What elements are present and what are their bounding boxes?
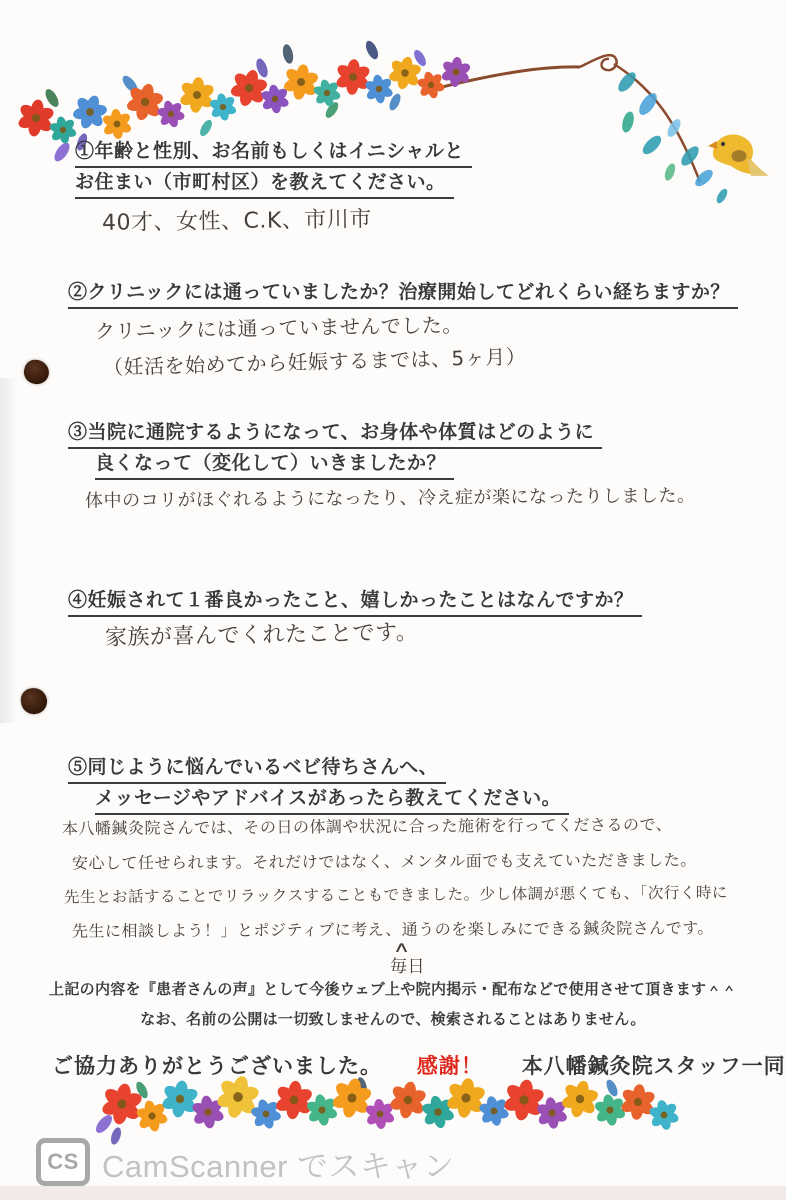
answer-5-line-3: 先生とお話することでリラックスすることもできました。少し体調が悪くても、「次行く… [64, 881, 728, 908]
scan-bottom-edge [0, 1186, 786, 1200]
vine-branch [438, 55, 700, 182]
hole-punch [19, 686, 48, 715]
answer-4: 家族が喜んでくれたことです。 [105, 615, 419, 651]
question-5-line-2: メッセージやアドバイスがあったら教えてください。 [95, 783, 569, 815]
question-4-line-1: ④妊娠されて１番良かったこと、嬉しかったことはなんですか？ [68, 585, 642, 617]
bird-icon [708, 134, 769, 176]
question-5-line-1: ⑤同じように悩んでいるベビ待ちさんへ、 [68, 752, 446, 784]
question-1-line-2: お住まい（市町村区）を教えてください。 [75, 167, 454, 199]
usage-notice-line-2: なお、名前の公開は一切致しませんので、検索されることはありません。 [0, 1008, 786, 1029]
answer-1: 40才、女性、C.K、市川市 [102, 202, 372, 237]
answer-3: 体中のコリがほぐれるようになったり、冷え症が楽になったりしました。 [85, 481, 696, 512]
answer-5-line-2: 安心して任せられます。それだけではなく、メンタル面でも支えていただきました。 [72, 847, 697, 873]
flower-garland-bottom [0, 1072, 786, 1150]
camscanner-watermark-label: CamScanner でスキャン [102, 1141, 455, 1186]
question-1-line-1: ①年齢と性別、お名前もしくはイニシャルと [75, 136, 472, 168]
answer-5-line-1: 本八幡鍼灸院さんでは、その日の体調や状況に合った施術を行ってくださるので、 [62, 812, 672, 839]
question-2-line-1: ②クリニックには通っていましたか？治療開始してどれくらい経ちますか？ [68, 277, 738, 309]
question-3-line-1: ③当院に通院するようになって、お身体や体質はどのように [68, 417, 602, 449]
hole-punch [22, 358, 51, 387]
answer-2-line-1: クリニックには通っていませんでした。 [95, 309, 463, 344]
scanned-questionnaire-page: ①年齢と性別、お名前もしくはイニシャルと お住まい（市町村区）を教えてください。… [0, 0, 786, 1200]
answer-2-line-2: （妊活を始めてから妊娠するまでは、5ヶ月） [103, 340, 527, 380]
question-3-line-2: 良くなって（変化して）いきましたか？ [95, 448, 454, 480]
camscanner-logo-icon: CS [36, 1138, 90, 1186]
usage-notice-line-1: 上記の内容を『患者さんの声』として今後ウェブ上や院内掲示・配布などで使用させて頂… [0, 978, 786, 999]
scan-edge-shadow [0, 378, 18, 723]
answer-5-insertion: 毎日 [390, 952, 425, 977]
camscanner-badge-text: CS [47, 1149, 79, 1175]
